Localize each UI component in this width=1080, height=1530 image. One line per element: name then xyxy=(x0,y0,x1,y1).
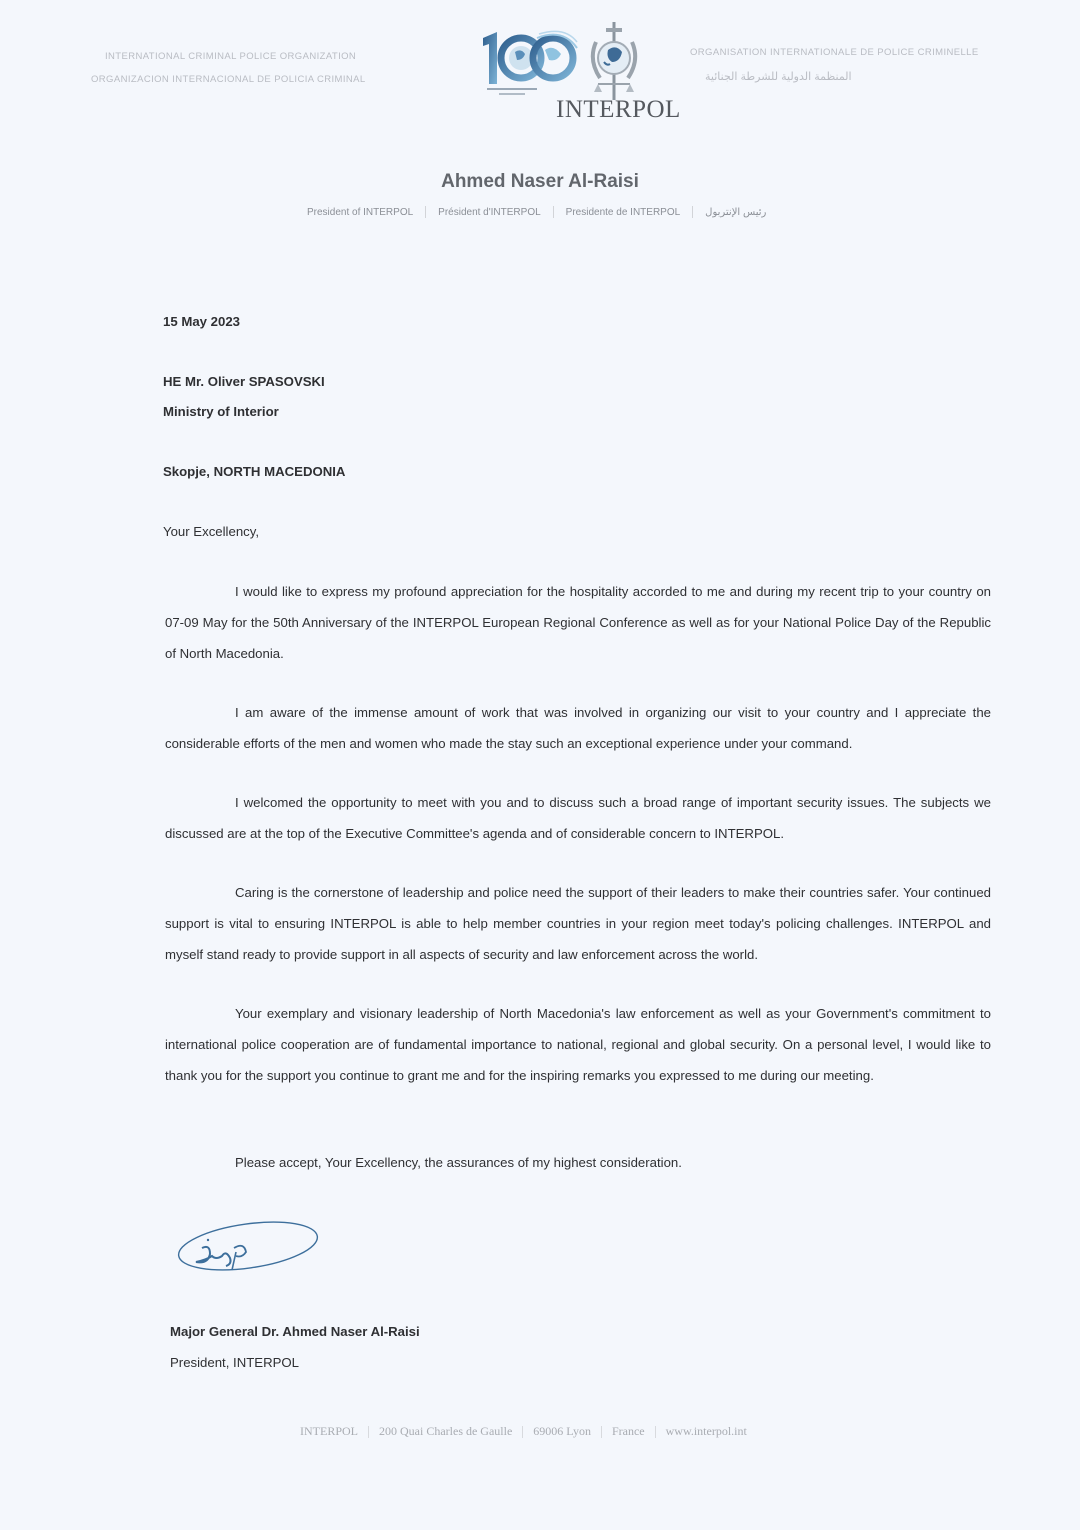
body-paragraph: Your exemplary and visionary leadership … xyxy=(165,998,991,1091)
signer-name: Major General Dr. Ahmed Naser Al-Raisi xyxy=(170,1324,420,1339)
signature-icon xyxy=(172,1218,322,1286)
org-name-spanish: ORGANIZACION INTERNACIONAL DE POLICIA CR… xyxy=(91,74,366,85)
letter-footer: INTERPOL 200 Quai Charles de Gaulle 6900… xyxy=(300,1424,747,1439)
title-english: President of INTERPOL xyxy=(307,207,413,218)
paragraph-text: Your exemplary and visionary leadership … xyxy=(165,1006,991,1083)
letter-date: 15 May 2023 xyxy=(163,314,240,329)
paragraph-text: Caring is the cornerstone of leadership … xyxy=(165,885,991,962)
interpol-emblem-icon xyxy=(586,22,642,102)
salutation: Your Excellency, xyxy=(163,524,259,539)
divider xyxy=(655,1426,656,1438)
paragraph-text: I am aware of the immense amount of work… xyxy=(165,705,991,751)
org-name-french: ORGANISATION INTERNATIONALE DE POLICE CR… xyxy=(690,47,979,58)
divider xyxy=(425,206,426,218)
paragraph-text: I welcomed the opportunity to meet with … xyxy=(165,795,991,841)
divider xyxy=(553,206,554,218)
divider xyxy=(522,1426,523,1438)
body-paragraph: I am aware of the immense amount of work… xyxy=(165,697,991,759)
org-name-arabic: المنظمة الدولية للشرطة الجنائية xyxy=(705,70,852,83)
footer-website: www.interpol.int xyxy=(666,1424,747,1439)
president-titles: President of INTERPOL Président d'INTERP… xyxy=(307,206,766,218)
footer-org: INTERPOL xyxy=(300,1424,358,1439)
footer-city: 69006 Lyon xyxy=(533,1424,591,1439)
body-paragraph: I would like to express my profound appr… xyxy=(165,576,991,669)
interpol-wordmark: INTERPOL xyxy=(556,96,681,124)
divider xyxy=(692,206,693,218)
president-name-heading: Ahmed Naser Al-Raisi xyxy=(0,171,1080,193)
paragraph-text: I would like to express my profound appr… xyxy=(165,584,991,661)
footer-country: France xyxy=(612,1424,645,1439)
title-arabic: رئيس الإنتربول xyxy=(705,207,766,218)
recipient-city: Skopje, NORTH MACEDONIA xyxy=(163,464,345,479)
divider xyxy=(368,1426,369,1438)
body-paragraph: Caring is the cornerstone of leadership … xyxy=(165,877,991,970)
recipient-name: HE Mr. Oliver SPASOVSKI xyxy=(163,374,325,389)
closing-line: Please accept, Your Excellency, the assu… xyxy=(235,1155,682,1170)
footer-street: 200 Quai Charles de Gaulle xyxy=(379,1424,512,1439)
body-paragraph: I welcomed the opportunity to meet with … xyxy=(165,787,991,849)
recipient-organization: Ministry of Interior xyxy=(163,404,279,419)
title-spanish: Presidente de INTERPOL xyxy=(566,207,681,218)
divider xyxy=(601,1426,602,1438)
centenary-logo xyxy=(477,28,581,100)
signer-title: President, INTERPOL xyxy=(170,1355,299,1370)
org-name-english: INTERNATIONAL CRIMINAL POLICE ORGANIZATI… xyxy=(105,51,356,62)
title-french: Président d'INTERPOL xyxy=(438,207,541,218)
